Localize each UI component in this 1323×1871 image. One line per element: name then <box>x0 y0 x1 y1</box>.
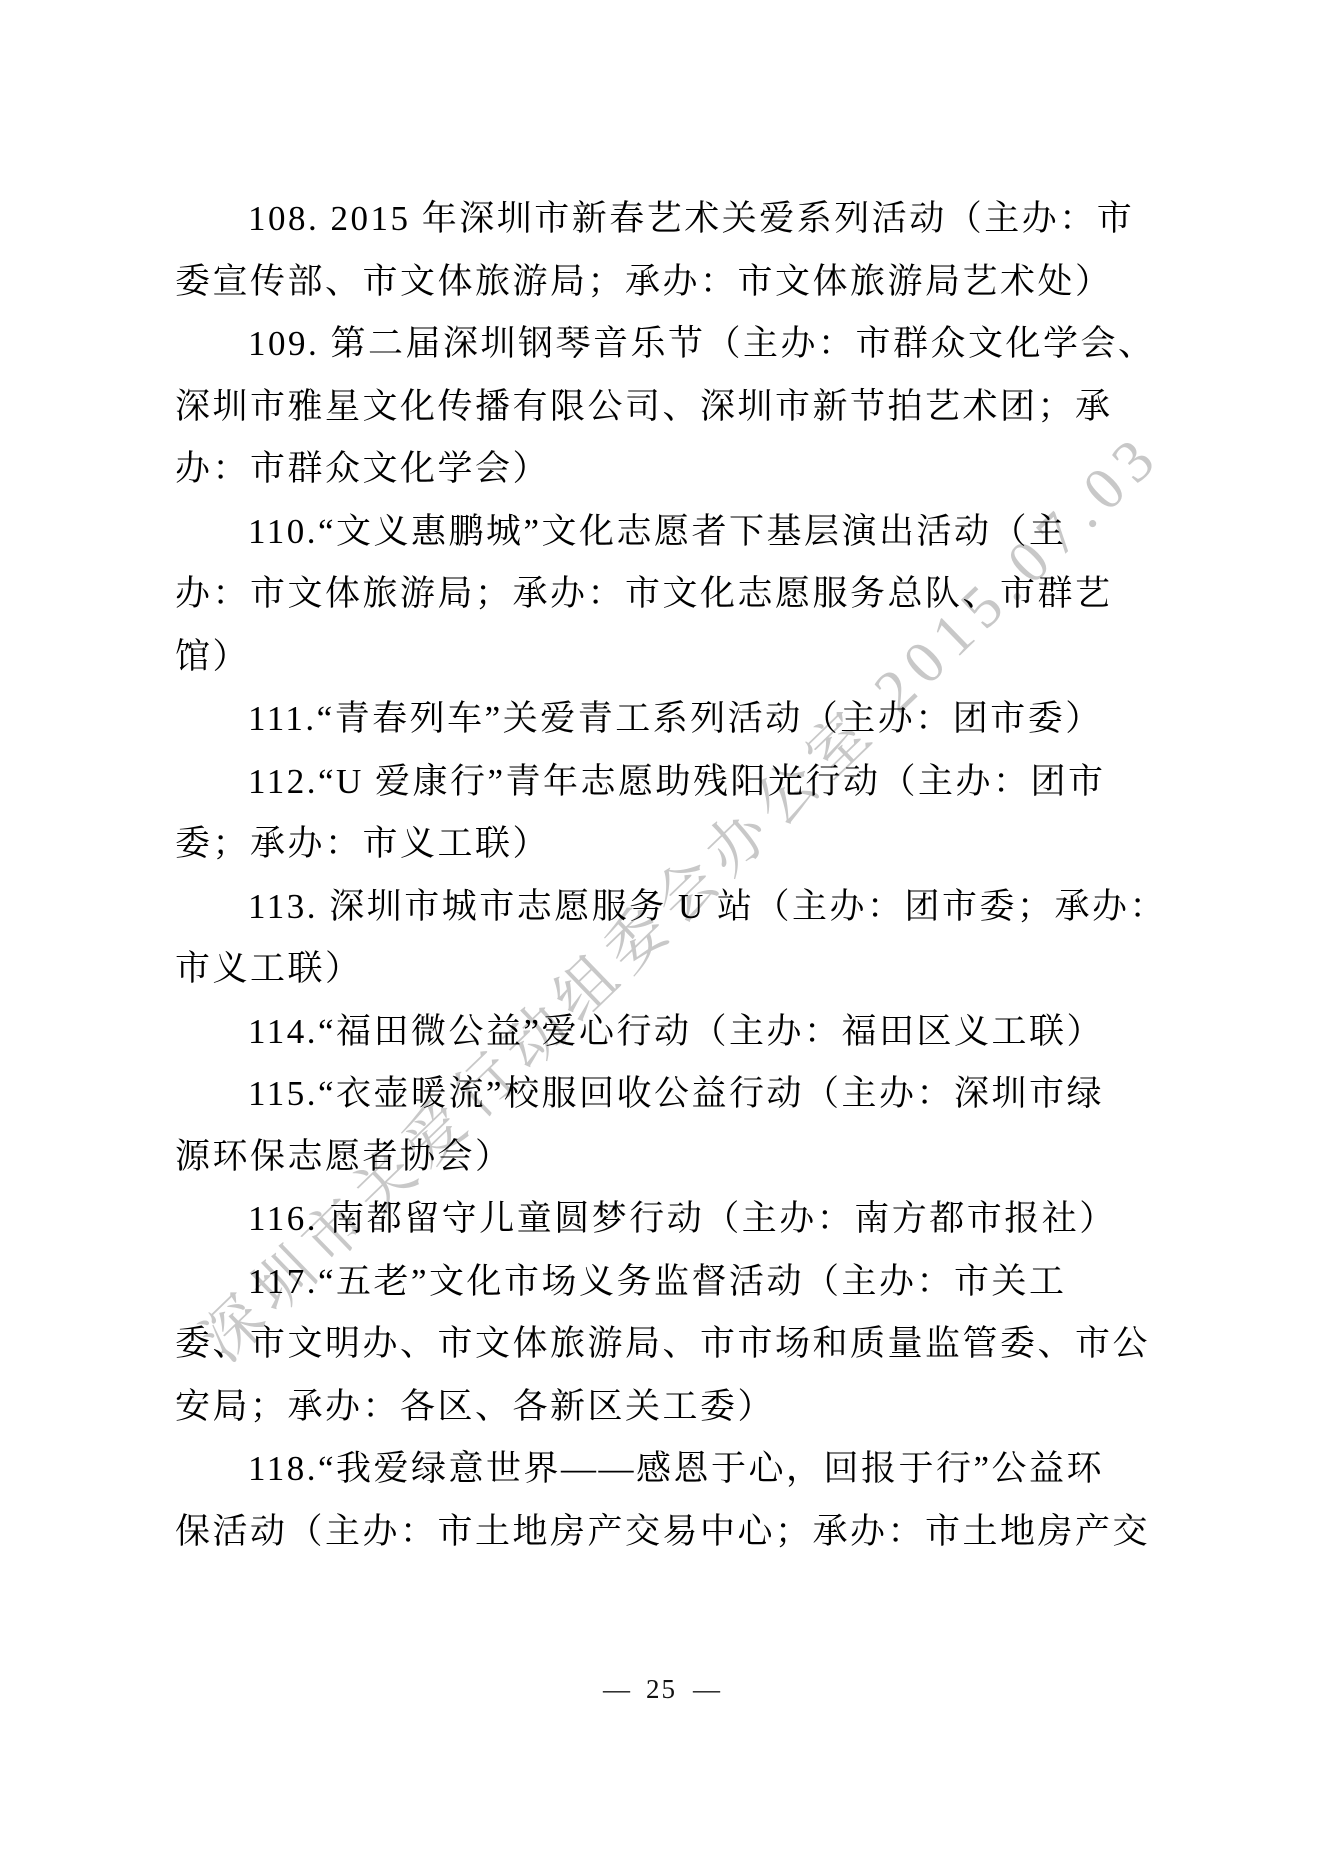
text-line: 111.“青春列车”关爱青工系列活动（主办：团市委） <box>175 688 1153 751</box>
text-content: 108. 2015 年深圳市新春艺术关爱系列活动（主办：市 委宣传部、市文体旅游… <box>175 188 1153 1563</box>
text-line: 109. 第二届深圳钢琴音乐节（主办：市群众文化学会、 <box>175 313 1153 376</box>
text-line: 118.“我爱绿意世界——感恩于心，回报于行”公益环 <box>175 1438 1153 1501</box>
text-line: 108. 2015 年深圳市新春艺术关爱系列活动（主办：市 <box>175 188 1153 251</box>
text-line: 115.“衣壶暖流”校服回收公益行动（主办：深圳市绿 <box>175 1063 1153 1126</box>
page-number: —25— <box>0 1672 1323 1706</box>
text-line: 馆） <box>175 626 1153 689</box>
text-line: 安局；承办：各区、各新区关工委） <box>175 1376 1153 1439</box>
page-number-value: 25 <box>646 1672 677 1706</box>
text-line: 市义工联） <box>175 938 1153 1001</box>
text-line: 110.“文义惠鹏城”文化志愿者下基层演出活动（主 <box>175 501 1153 564</box>
text-line: 117.“五老”文化市场义务监督活动（主办：市关工 <box>175 1251 1153 1314</box>
text-line: 112.“U 爱康行”青年志愿助残阳光行动（主办：团市 <box>175 751 1153 814</box>
text-line: 116. 南都留守儿童圆梦行动（主办：南方都市报社） <box>175 1188 1153 1251</box>
page-number-left-dash: — <box>603 1672 630 1706</box>
text-line: 保活动（主办：市土地房产交易中心；承办：市土地房产交 <box>175 1501 1153 1564</box>
text-line: 113. 深圳市城市志愿服务 U 站（主办：团市委；承办： <box>175 876 1153 939</box>
text-line: 深圳市雅星文化传播有限公司、深圳市新节拍艺术团；承 <box>175 376 1153 439</box>
document-page: 深圳市关爱行动组委会办公室 2015.07.03 108. 2015 年深圳市新… <box>0 0 1323 1871</box>
text-line: 办：市文体旅游局；承办：市文化志愿服务总队、市群艺 <box>175 563 1153 626</box>
text-line: 委；承办：市义工联） <box>175 813 1153 876</box>
text-line: 委、市文明办、市文体旅游局、市市场和质量监管委、市公 <box>175 1313 1153 1376</box>
page-number-right-dash: — <box>693 1672 720 1706</box>
text-line: 委宣传部、市文体旅游局；承办：市文体旅游局艺术处） <box>175 251 1153 314</box>
text-line: 114.“福田微公益”爱心行动（主办：福田区义工联） <box>175 1001 1153 1064</box>
text-line: 源环保志愿者协会） <box>175 1126 1153 1189</box>
text-line: 办：市群众文化学会） <box>175 438 1153 501</box>
